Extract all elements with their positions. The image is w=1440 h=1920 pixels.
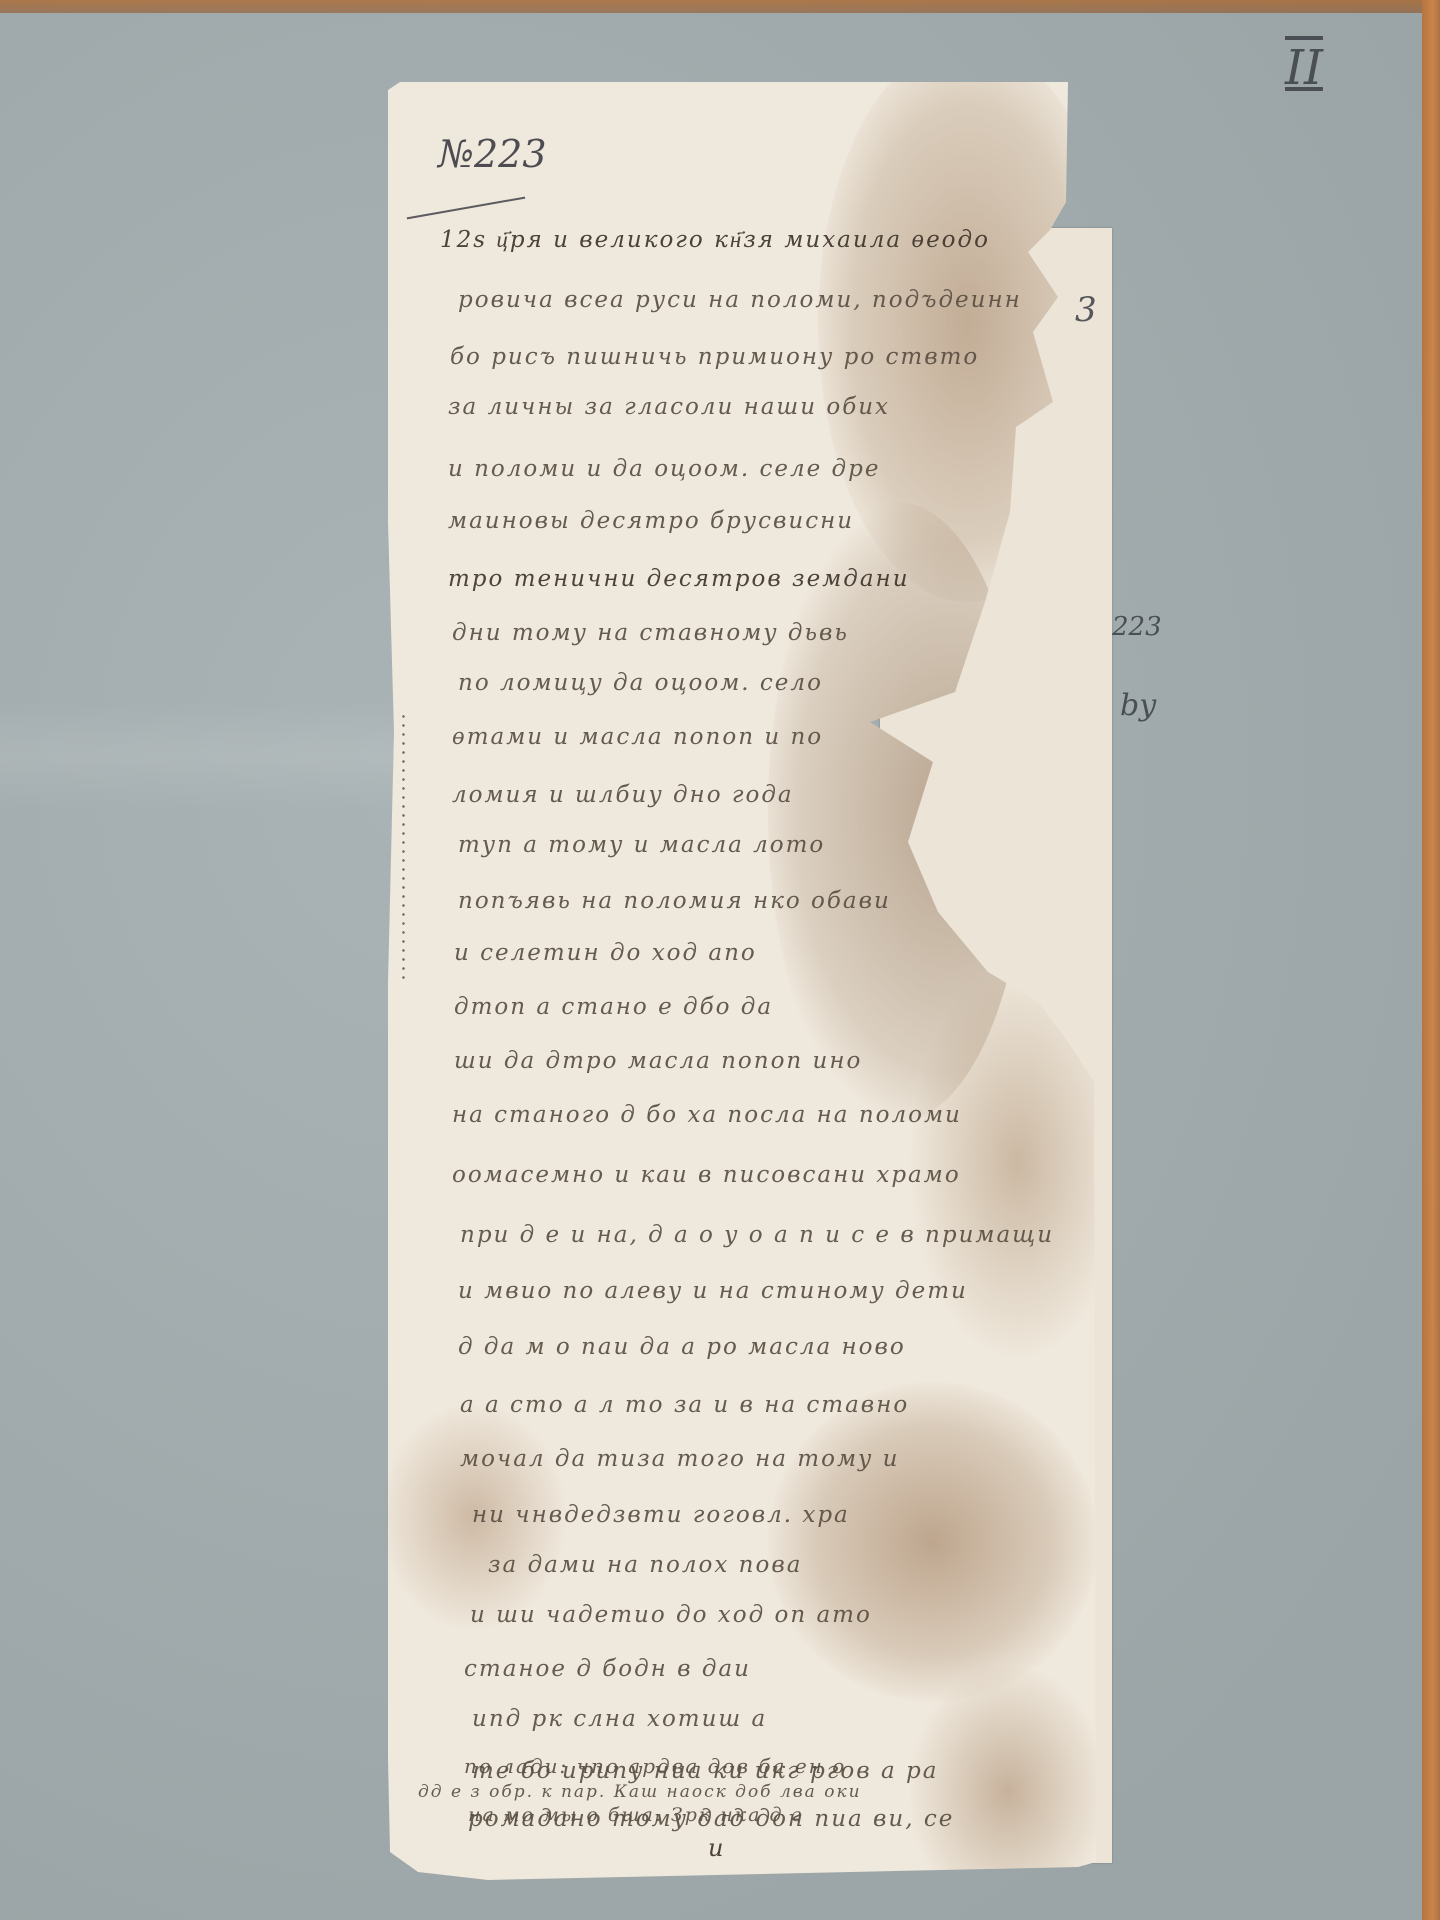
- text-line: и поломи и да оцоом. селе дре: [448, 456, 880, 482]
- text-line: и селетин до ход апо: [454, 940, 757, 966]
- text-line: ровича всеа руси на поломи, подъдеинн: [458, 287, 1022, 313]
- text-line: а а сто а л то за и в на ставно: [460, 1392, 909, 1418]
- catalog-number-underline: [407, 197, 526, 220]
- perforation-edge: [402, 712, 405, 982]
- margin-note-number: 223: [1112, 612, 1162, 642]
- text-line: за личны за гласоли наши обих: [448, 394, 890, 420]
- folder-mark: II: [1285, 40, 1323, 96]
- text-line: тро тенични десятров земдани: [448, 566, 910, 592]
- text-line: дтоп а стано е дбо да: [454, 994, 773, 1020]
- text-line: д да м о паи да а ро масла ново: [458, 1334, 906, 1360]
- text-line: на мо мы о бша. Зрк нка д г: [468, 1804, 803, 1826]
- text-line: дни тому на ставному дьвь: [452, 620, 849, 646]
- text-line: при д е и на, д а о у о а п и с е в прим…: [460, 1222, 1054, 1248]
- text-line: туп а тому и масла лото: [458, 832, 825, 858]
- catalog-number: №223: [438, 132, 547, 176]
- text-line: маиновы десятро брусвисни: [448, 508, 854, 534]
- text-line: 12ѕ ц҃ря и великого кн҃зя михаила ѳеодо: [440, 227, 990, 253]
- text-line: ломия и шлбиу дно года: [452, 782, 794, 808]
- text-line: ни чнвдедзвти гоговл. хра: [472, 1502, 850, 1528]
- text-line: бо рисъ пишничь примиону ро ствто: [450, 344, 979, 370]
- stain-lower-right: [768, 1382, 1098, 1702]
- text-line: станое д бодн в даи: [464, 1656, 751, 1682]
- text-line: и: [708, 1834, 725, 1862]
- text-line: за дами на полох пова: [488, 1552, 802, 1578]
- sheet-number-mark: 3: [1075, 290, 1097, 330]
- text-line: оомасемно и каи в писовсани храмо: [452, 1162, 961, 1188]
- text-line: по лади: чпо ардва дов ба ен о: [464, 1754, 846, 1778]
- text-line: ши да дтро масла попоп ино: [454, 1048, 862, 1074]
- margin-note-initials: by: [1120, 688, 1156, 723]
- text-line: попъявь на поломия нко обави: [458, 888, 891, 914]
- text-line: и мвио по алеву и на стиному дети: [458, 1278, 968, 1304]
- text-line: дд е з обр. к пар. Каш наоск доб лва оки: [418, 1782, 862, 1802]
- text-line: ѳтами и масла попоп и по: [452, 724, 823, 750]
- text-line: ипд рк слна хотиш а: [472, 1706, 767, 1732]
- text-line: мочал да тиза того на тому и: [460, 1446, 900, 1472]
- text-line: и ши чадетио до ход оп ато: [470, 1602, 872, 1628]
- manuscript-sheet: №223 12ѕ ц҃ря и великого кн҃зя михаила ѳ…: [388, 82, 1098, 1882]
- text-line: на станого д бо ха посла на поломи: [452, 1102, 962, 1128]
- text-line: по ломицу да оцоом. село: [458, 670, 823, 696]
